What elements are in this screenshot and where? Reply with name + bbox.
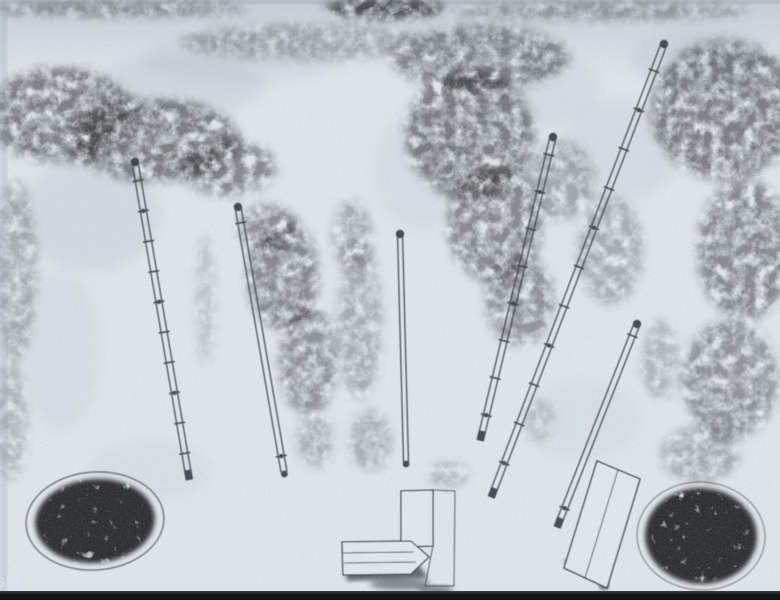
sketch-canvas [0, 0, 780, 600]
left-edge-vignette [0, 0, 7, 600]
watermark-text: Ski [0, 574, 21, 591]
bottom-bar [0, 591, 780, 600]
paper-grain-overlay [0, 0, 780, 600]
ski-area-sketch: Ski [0, 0, 780, 600]
